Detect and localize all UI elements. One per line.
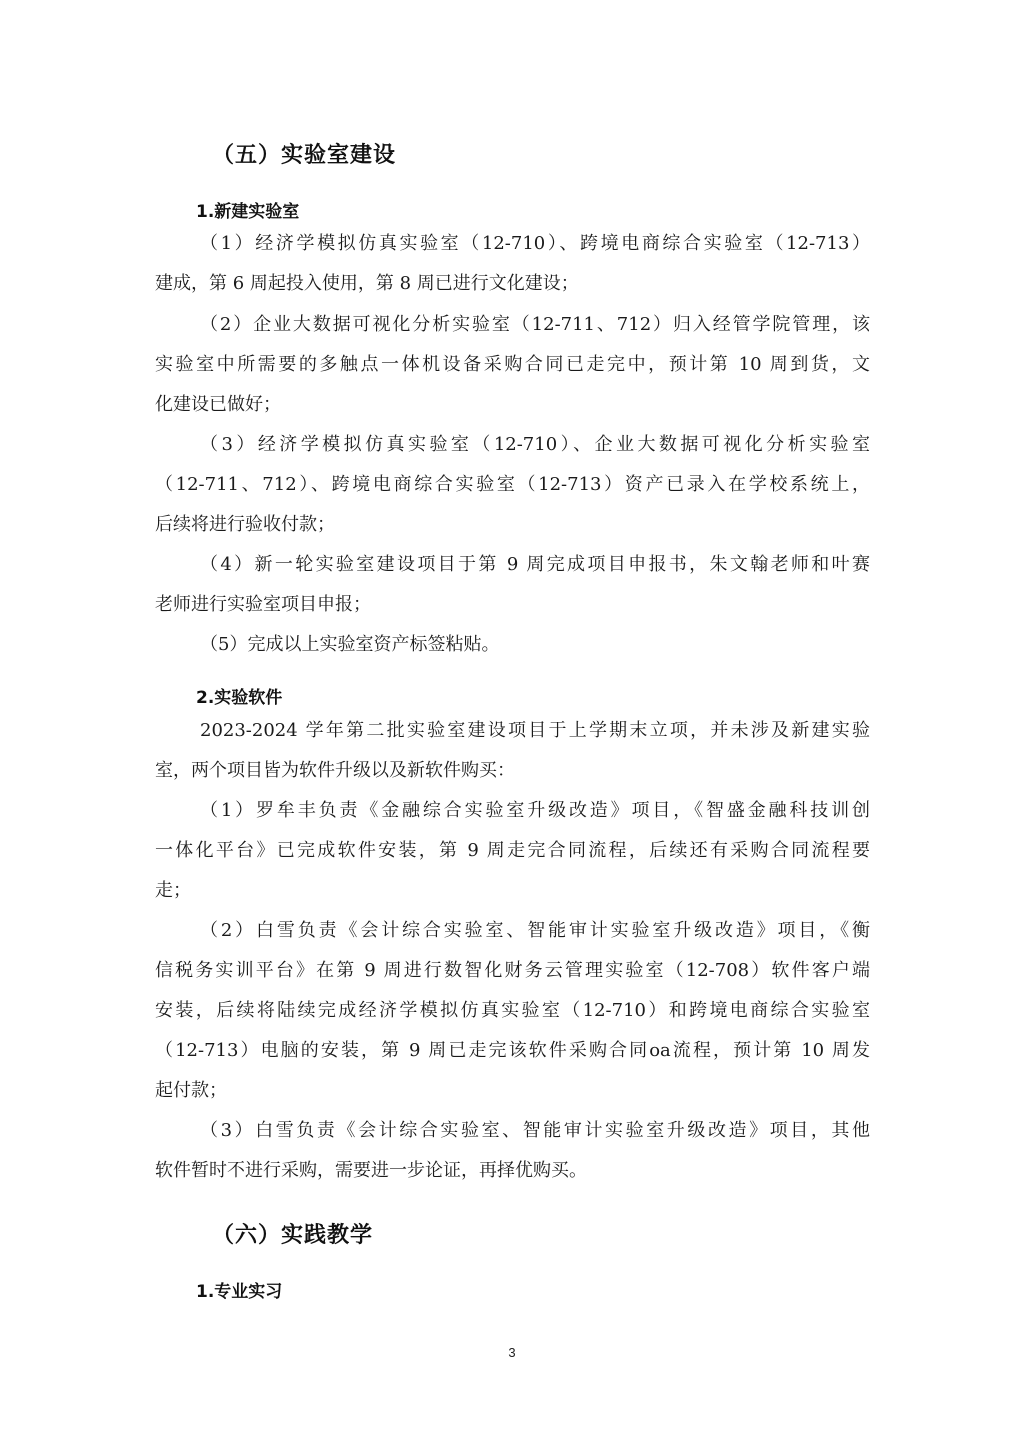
paragraph-line: （1）经济学模拟仿真实验室（12-710）、跨境电商综合实验室（12-713） [200,232,870,256]
document-page: （五）实验室建设 1.新建实验室 （1）经济学模拟仿真实验室（12-710）、跨… [0,0,1024,1448]
subsection-heading-internship: 1.专业实习 [196,1277,282,1302]
paragraph-line: 2023-2024 学年第二批实验室建设项目于上学期末立项，并未涉及新建实验 [200,719,870,743]
paragraph-line: （4）新一轮实验室建设项目于第 9 周完成项目申报书，朱文翰老师和叶赛 [200,553,870,577]
paragraph-line: （3）经济学模拟仿真实验室（12-710）、企业大数据可视化分析实验室 [200,433,870,457]
section-heading-practical-teaching: （六）实践教学 [212,1218,373,1249]
paragraph-line: 走； [155,879,870,903]
paragraph-line: 建成，第 6 周起投入使用，第 8 周已进行文化建设； [155,272,870,296]
paragraph-line: 室，两个项目皆为软件升级以及新软件购买： [155,759,870,783]
section-heading-lab-construction: （五）实验室建设 [212,138,396,169]
paragraph-line: 软件暂时不进行采购，需要进一步论证，再择优购买。 [155,1159,870,1183]
paragraph-line: 起付款； [155,1079,870,1103]
paragraph-line: 老师进行实验室项目申报； [155,593,870,617]
paragraph-line: 一体化平台》已完成软件安装，第 9 周走完合同流程，后续还有采购合同流程要 [155,839,870,863]
paragraph-line: （5）完成以上实验室资产标签粘贴。 [200,633,870,657]
paragraph-line: （2）白雪负责《会计综合实验室、智能审计实验室升级改造》项目，《衡 [200,919,870,943]
paragraph-line: 后续将进行验收付款； [155,513,870,537]
subsection-heading-new-labs: 1.新建实验室 [196,197,299,222]
paragraph-line: （12-713）电脑的安装，第 9 周已走完该软件采购合同oa流程，预计第 10… [155,1039,870,1063]
paragraph-line: 安装，后续将陆续完成经济学模拟仿真实验室（12-710）和跨境电商综合实验室 [155,999,870,1023]
paragraph-line: （3）白雪负责《会计综合实验室、智能审计实验室升级改造》项目，其他 [200,1119,870,1143]
page-number: 3 [0,1345,1024,1360]
paragraph-line: 实验室中所需要的多触点一体机设备采购合同已走完中，预计第 10 周到货，文 [155,353,870,377]
paragraph-line: （12-711、712）、跨境电商综合实验室（12-713）资产已录入在学校系统… [155,473,870,497]
paragraph-line: 化建设已做好； [155,393,870,417]
subsection-heading-lab-software: 2.实验软件 [196,683,282,708]
paragraph-line: （2）企业大数据可视化分析实验室（12-711、712）归入经管学院管理，该 [200,313,870,337]
paragraph-line: （1）罗牟丰负责《金融综合实验室升级改造》项目，《智盛金融科技训创 [200,799,870,823]
paragraph-line: 信税务实训平台》在第 9 周进行数智化财务云管理实验室（12-708）软件客户端 [155,959,870,983]
